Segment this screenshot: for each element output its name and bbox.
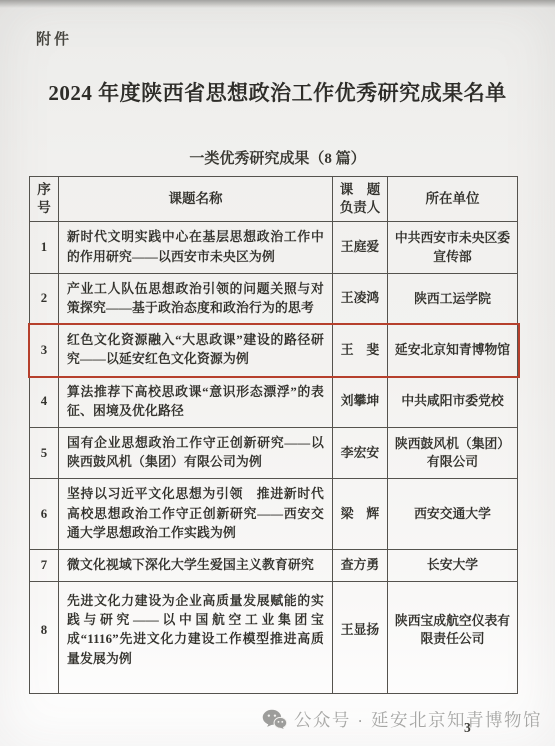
attachment-label: 附件 <box>36 28 72 49</box>
cell-leader: 李宏安 <box>333 427 388 478</box>
page-title: 2024 年度陕西省思想政治工作优秀研究成果名单 <box>0 77 555 107</box>
cell-title: 红色文化资源融入“大思政课”建设的路径研究——以延安红色文化资源为例 <box>59 325 333 376</box>
cell-title: 微文化视域下深化大学生爱国主义教育研究 <box>59 549 333 581</box>
table-row: 1新时代文明实践中心在基层思想政治工作中的作用研究——以西安市未央区为例王庭爱中… <box>30 222 518 273</box>
cell-title: 国有企业思想政治工作守正创新研究——以陕西鼓风机（集团）有限公司为例 <box>59 427 333 478</box>
header-title: 课题名称 <box>59 177 333 222</box>
section-subtitle: 一类优秀研究成果（8 篇） <box>0 147 555 168</box>
table-row: 8先进文化力建设为企业高质量发展赋能的实践与研究——以中国航空工业集团宝成“11… <box>30 582 518 694</box>
results-table-wrap: 序 号 课题名称 课 题 负责人 所在单位 1新时代文明实践中心在基层思想政治工… <box>29 176 517 694</box>
cell-unit: 陕西工运学院 <box>388 273 518 324</box>
cell-no: 8 <box>30 582 59 694</box>
document-page: 附件 2024 年度陕西省思想政治工作优秀研究成果名单 一类优秀研究成果（8 篇… <box>0 0 555 746</box>
cell-unit: 延安北京知青博物馆 <box>388 325 518 376</box>
table-row: 5国有企业思想政治工作守正创新研究——以陕西鼓风机（集团）有限公司为例李宏安陕西… <box>30 427 518 478</box>
header-unit: 所在单位 <box>388 177 518 222</box>
cell-no: 3 <box>30 325 59 376</box>
cell-leader: 王凌鸿 <box>333 273 388 324</box>
cell-leader: 王庭爱 <box>333 222 388 273</box>
watermark: 公众号 · 延安北京知青博物馆 <box>262 707 542 732</box>
cell-no: 6 <box>30 479 59 550</box>
page-number: 3 <box>464 720 471 736</box>
wechat-icon <box>262 709 287 730</box>
cell-unit: 陕西鼓风机（集团）有限公司 <box>388 427 518 478</box>
cell-no: 7 <box>30 549 59 581</box>
watermark-text: 公众号 · 延安北京知青博物馆 <box>294 707 542 732</box>
cell-no: 1 <box>30 222 59 273</box>
table-row: 4算法推荐下高校思政课“意识形态漂浮”的表征、困境及优化路径刘攀坤中共咸阳市委党… <box>30 376 518 427</box>
table-row: 3红色文化资源融入“大思政课”建设的路径研究——以延安红色文化资源为例王 斐延安… <box>30 325 518 376</box>
scan-top-shadow <box>0 0 555 8</box>
cell-leader: 查方勇 <box>333 549 388 581</box>
table-row: 6坚持以习近平文化思想为引领 推进新时代高校思想政治工作守正创新研究——西安交通… <box>30 479 518 550</box>
header-row: 序 号 课题名称 课 题 负责人 所在单位 <box>30 177 518 222</box>
cell-title: 坚持以习近平文化思想为引领 推进新时代高校思想政治工作守正创新研究——西安交通大… <box>59 479 333 550</box>
cell-no: 2 <box>30 273 59 324</box>
results-table-head: 序 号 课题名称 课 题 负责人 所在单位 <box>30 177 518 222</box>
table-row: 7微文化视域下深化大学生爱国主义教育研究查方勇长安大学 <box>30 549 518 581</box>
cell-title: 新时代文明实践中心在基层思想政治工作中的作用研究——以西安市未央区为例 <box>59 222 333 273</box>
cell-leader: 梁 辉 <box>333 479 388 550</box>
cell-leader: 王 斐 <box>333 325 388 376</box>
cell-unit: 中共西安市未央区委宣传部 <box>388 222 518 273</box>
header-leader: 课 题 负责人 <box>333 177 388 222</box>
cell-unit: 陕西宝成航空仪表有限责任公司 <box>388 582 518 694</box>
results-table: 序 号 课题名称 课 题 负责人 所在单位 1新时代文明实践中心在基层思想政治工… <box>29 176 518 694</box>
header-no: 序 号 <box>30 177 59 222</box>
cell-leader: 王显扬 <box>333 582 388 694</box>
cell-unit: 长安大学 <box>388 549 518 581</box>
results-table-body: 1新时代文明实践中心在基层思想政治工作中的作用研究——以西安市未央区为例王庭爱中… <box>30 222 518 693</box>
cell-unit: 西安交通大学 <box>388 479 518 550</box>
cell-no: 4 <box>30 376 59 427</box>
cell-title: 产业工人队伍思想政治引领的问题关照与对策探究——基于政治态度和政治行为的思考 <box>59 273 333 324</box>
cell-title: 算法推荐下高校思政课“意识形态漂浮”的表征、困境及优化路径 <box>59 376 333 427</box>
cell-leader: 刘攀坤 <box>333 376 388 427</box>
cell-unit: 中共咸阳市委党校 <box>388 376 518 427</box>
cell-no: 5 <box>30 427 59 478</box>
cell-title: 先进文化力建设为企业高质量发展赋能的实践与研究——以中国航空工业集团宝成“111… <box>59 582 333 694</box>
table-row: 2产业工人队伍思想政治引领的问题关照与对策探究——基于政治态度和政治行为的思考王… <box>30 273 518 324</box>
